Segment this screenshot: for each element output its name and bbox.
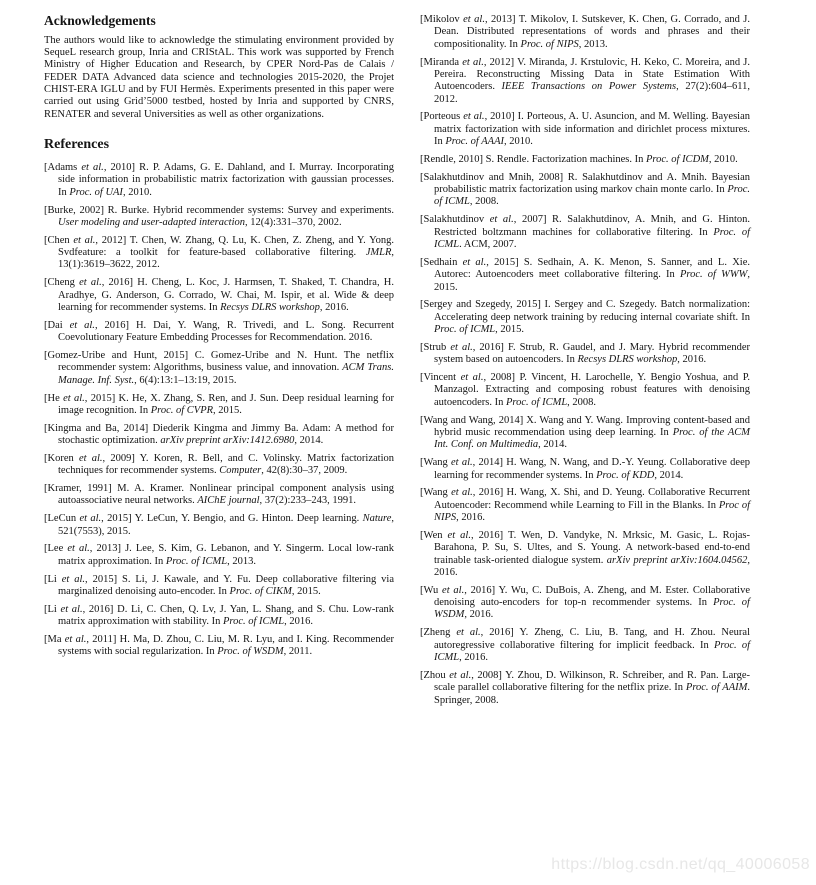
- left-column: Acknowledgements The authors would like …: [44, 13, 394, 712]
- reference-entry: [Salakhutdinov and Mnih, 2008] R. Salakh…: [420, 172, 750, 209]
- reference-entry: [Adams et al., 2010] R. P. Adams, G. E. …: [44, 162, 394, 199]
- reference-entry: [Chen et al., 2012] T. Chen, W. Zhang, Q…: [44, 235, 394, 272]
- reference-entry: [Porteous et al., 2010] I. Porteous, A. …: [420, 111, 750, 148]
- reference-entry: [Lee et al., 2013] J. Lee, S. Kim, G. Le…: [44, 543, 394, 568]
- reference-entry: [LeCun et al., 2015] Y. LeCun, Y. Bengio…: [44, 513, 394, 538]
- reference-entry: [Cheng et al., 2016] H. Cheng, L. Koc, J…: [44, 277, 394, 314]
- reference-entry: [Mikolov et al., 2013] T. Mikolov, I. Su…: [420, 14, 750, 51]
- right-column: [Mikolov et al., 2013] T. Mikolov, I. Su…: [420, 13, 750, 712]
- reference-entry: [He et al., 2015] K. He, X. Zhang, S. Re…: [44, 393, 394, 418]
- reference-entry: [Salakhutdinov et al., 2007] R. Salakhut…: [420, 214, 750, 251]
- watermark-url: https://blog.csdn.net/qq_40006058: [551, 856, 810, 874]
- reference-entry: [Sedhain et al., 2015] S. Sedhain, A. K.…: [420, 257, 750, 294]
- reference-entry: [Vincent et al., 2008] P. Vincent, H. La…: [420, 372, 750, 409]
- reference-entry: [Wang et al., 2016] H. Wang, X. Shi, and…: [420, 487, 750, 524]
- paper-page: Acknowledgements The authors would like …: [0, 0, 816, 885]
- reference-entry: [Kingma and Ba, 2014] Diederik Kingma an…: [44, 423, 394, 448]
- reference-entry: [Wu et al., 2016] Y. Wu, C. DuBois, A. Z…: [420, 585, 750, 622]
- reference-entry: [Burke, 2002] R. Burke. Hybrid recommend…: [44, 205, 394, 230]
- acknowledgements-heading: Acknowledgements: [44, 13, 394, 29]
- reference-entry: [Zhou et al., 2008] Y. Zhou, D. Wilkinso…: [420, 670, 750, 707]
- reference-entry: [Koren et al., 2009] Y. Koren, R. Bell, …: [44, 453, 394, 478]
- reference-entry: [Li et al., 2016] D. Li, C. Chen, Q. Lv,…: [44, 604, 394, 629]
- two-column-layout: Acknowledgements The authors would like …: [0, 0, 816, 712]
- reference-entry: [Dai et al., 2016] H. Dai, Y. Wang, R. T…: [44, 320, 394, 345]
- reference-entry: [Li et al., 2015] S. Li, J. Kawale, and …: [44, 574, 394, 599]
- reference-entry: [Sergey and Szegedy, 2015] I. Sergey and…: [420, 299, 750, 336]
- references-list-right: [Mikolov et al., 2013] T. Mikolov, I. Su…: [420, 14, 750, 707]
- reference-entry: [Zheng et al., 2016] Y. Zheng, C. Liu, B…: [420, 627, 750, 664]
- references-list-left: [Adams et al., 2010] R. P. Adams, G. E. …: [44, 162, 394, 659]
- reference-entry: [Strub et al., 2016] F. Strub, R. Gaudel…: [420, 342, 750, 367]
- acknowledgements-text: The authors would like to acknowledge th…: [44, 35, 394, 121]
- reference-entry: [Gomez-Uribe and Hunt, 2015] C. Gomez-Ur…: [44, 350, 394, 387]
- reference-entry: [Wang and Wang, 2014] X. Wang and Y. Wan…: [420, 415, 750, 452]
- reference-entry: [Miranda et al., 2012] V. Miranda, J. Kr…: [420, 57, 750, 106]
- references-heading: References: [44, 137, 394, 153]
- reference-entry: [Wen et al., 2016] T. Wen, D. Vandyke, N…: [420, 530, 750, 579]
- reference-entry: [Kramer, 1991] M. A. Kramer. Nonlinear p…: [44, 483, 394, 508]
- reference-entry: [Rendle, 2010] S. Rendle. Factorization …: [420, 154, 750, 166]
- reference-entry: [Ma et al., 2011] H. Ma, D. Zhou, C. Liu…: [44, 634, 394, 659]
- reference-entry: [Wang et al., 2014] H. Wang, N. Wang, an…: [420, 457, 750, 482]
